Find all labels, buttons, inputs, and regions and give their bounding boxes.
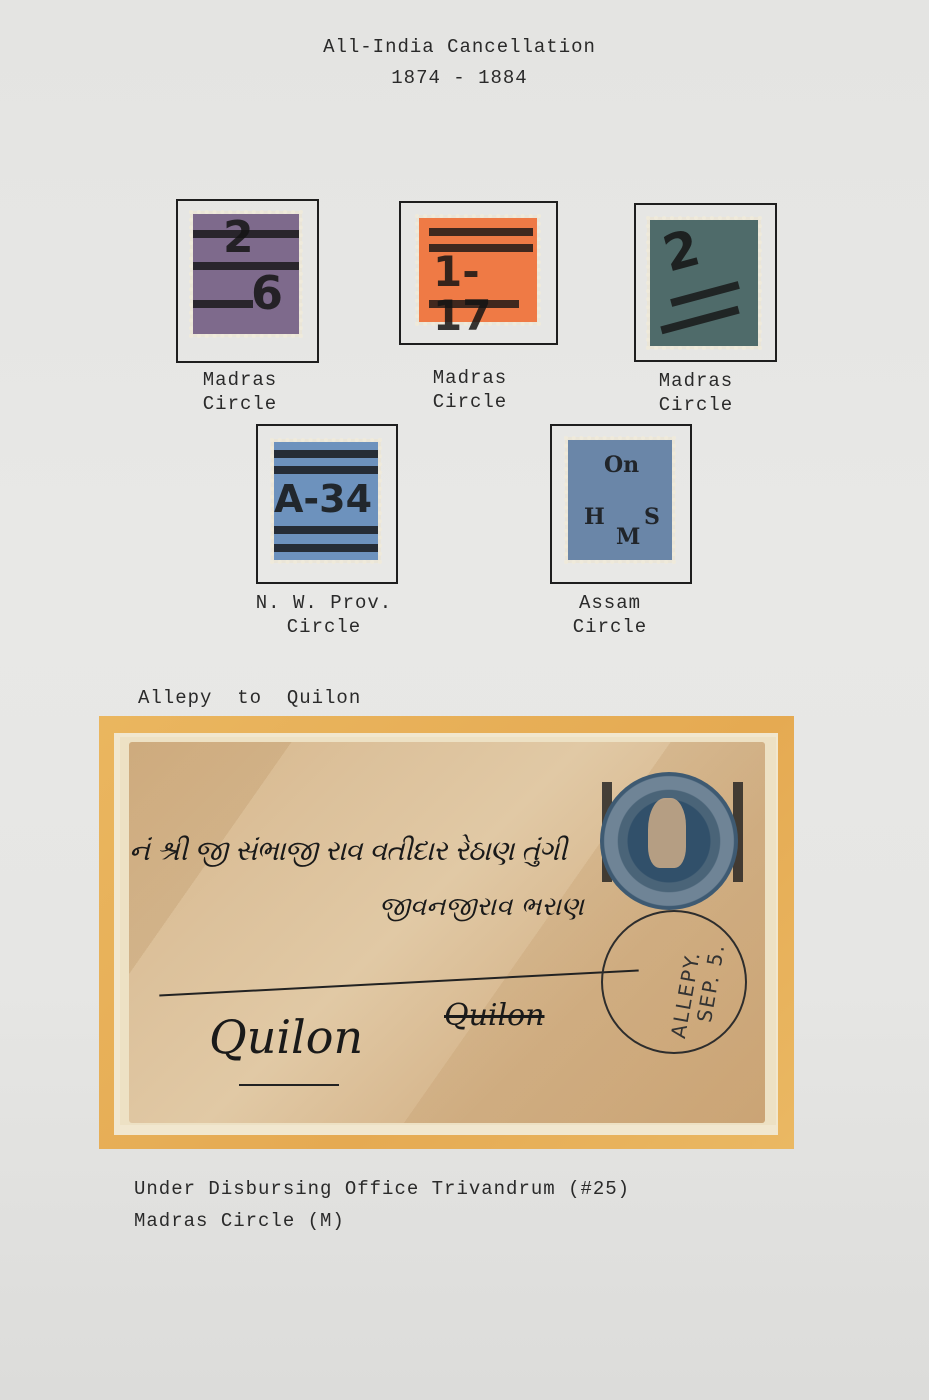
destination-handwritten: Quilon xyxy=(209,1010,363,1064)
footer-line-2: Madras Circle (M) xyxy=(134,1210,345,1232)
queen-portrait xyxy=(648,798,686,868)
stamp-3: 2 xyxy=(650,220,758,346)
stamp-4: A-34 xyxy=(274,442,378,560)
cancel-number-3: 2 xyxy=(658,220,706,281)
cover-heading: Allepy to Quilon xyxy=(138,687,361,709)
cancel-number-1: 2 xyxy=(223,216,254,260)
stamp-caption-1: Madras Circle xyxy=(180,368,300,416)
cancel-number-4: A-34 xyxy=(274,478,372,520)
page-title: All-India Cancellation 1874 - 1884 xyxy=(0,32,919,94)
footer-line-1: Under Disbursing Office Trivandrum (#25) xyxy=(134,1178,630,1200)
overprint-h: H xyxy=(584,504,605,530)
stamp-2: 1-17 xyxy=(419,218,537,322)
stamp-caption-3: Madras Circle xyxy=(636,369,756,417)
underline xyxy=(239,1084,339,1086)
stamp-caption-5: Assam Circle xyxy=(550,591,670,639)
stamp-caption-4: N. W. Prov. Circle xyxy=(244,591,404,639)
cancel-number-2: 1-17 xyxy=(433,250,537,338)
address-script-2: જીવનજીરાવ ભરાણ xyxy=(379,892,584,923)
overprint-on: On xyxy=(604,452,639,478)
overprint-s: S xyxy=(644,504,660,530)
address-script: નં શ્રી જી સંભાજી રાવ વતીદાર રેઠાણ તુંગી xyxy=(129,834,566,868)
overprint-m: M xyxy=(616,524,640,550)
stamp-caption-2: Madras Circle xyxy=(410,366,530,414)
stamp-1: 2 6 xyxy=(193,214,299,334)
stamp-5: On H S M xyxy=(568,440,672,560)
postal-indicium xyxy=(600,772,738,910)
struck-destination: Quilon xyxy=(444,998,545,1033)
